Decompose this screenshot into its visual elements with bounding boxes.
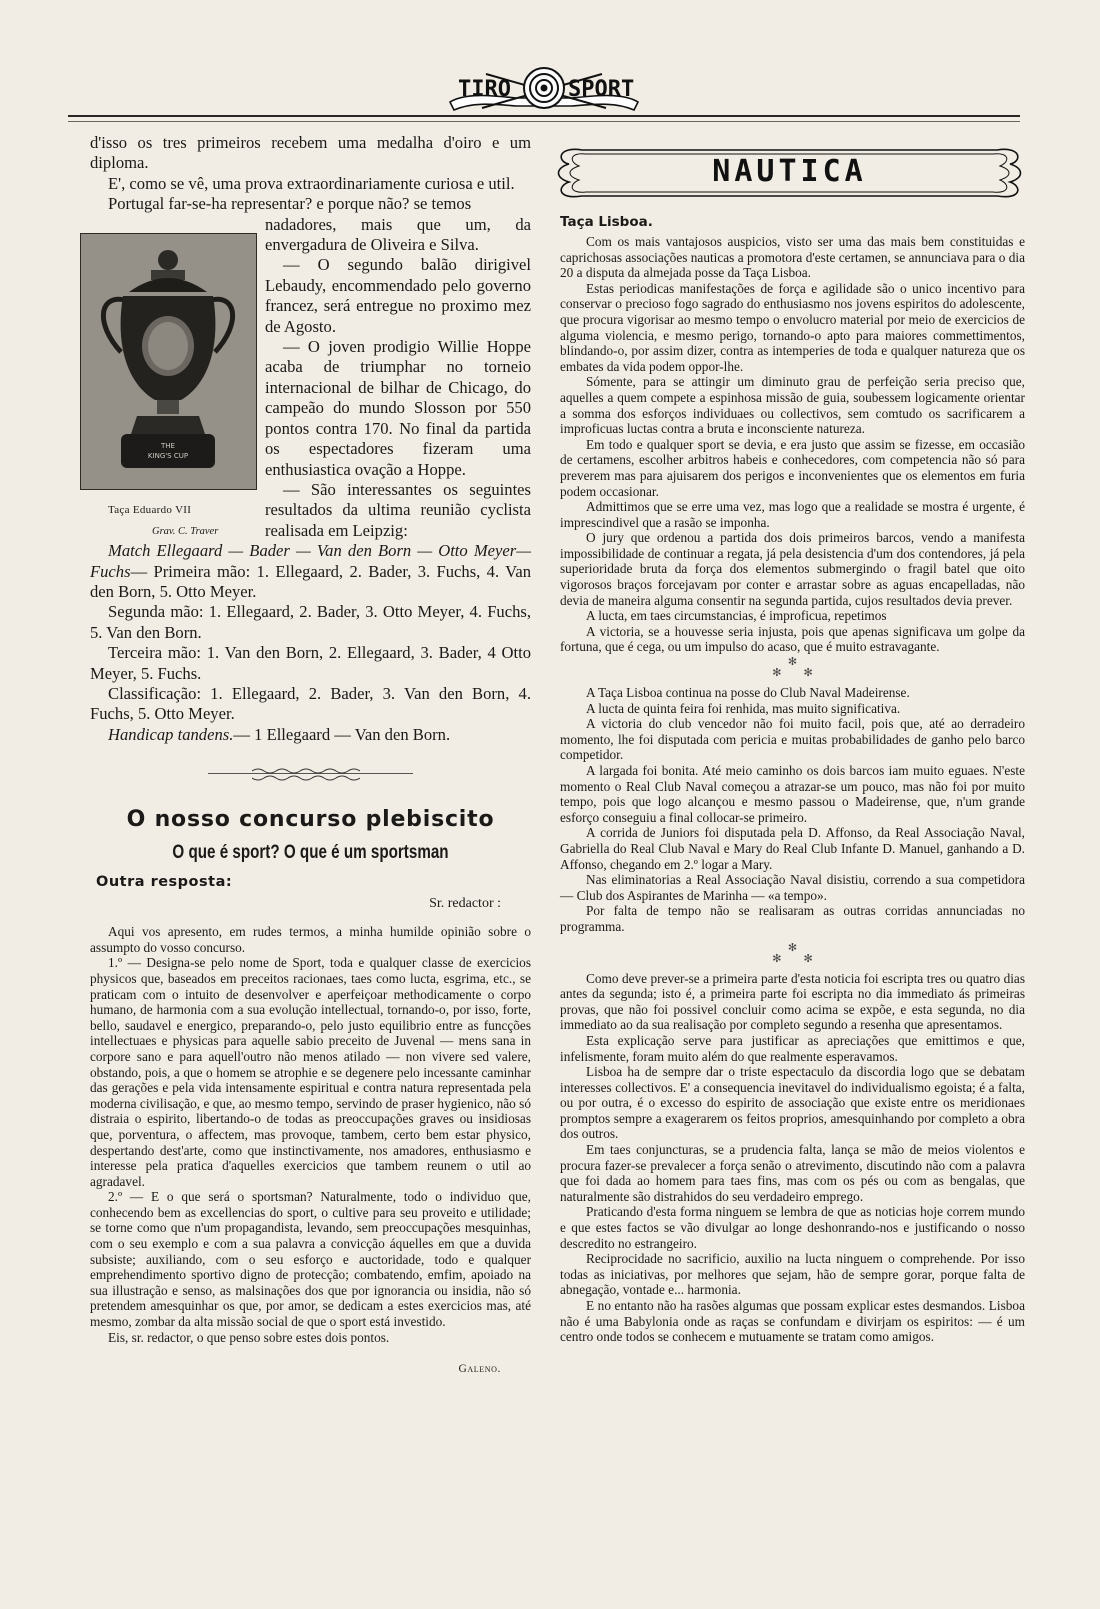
banner-title: NAUTICA [552, 154, 1027, 189]
magazine-page: TIRO SPORT d'isso os tres primeiros rece… [0, 0, 1100, 1609]
asterism-separator: ✻✻✻ [560, 943, 1025, 965]
header-rule [68, 115, 1020, 122]
nautica-banner: NAUTICA [552, 140, 1027, 206]
paragraph: Em taes conjuncturas, se a prudencia fal… [560, 1142, 1025, 1204]
paragraph: A lucta de quinta feira foi renhida, mas… [560, 701, 1025, 717]
paragraph: A largada foi bonita. Até meio caminho o… [560, 763, 1025, 825]
svg-text:THE: THE [160, 442, 175, 450]
paragraph: O jury que ordenou a partida dos dois pr… [560, 530, 1025, 608]
paragraph: Por falta de tempo não se realisaram as … [560, 903, 1025, 934]
paragraph: Lisboa ha de sempre dar o triste especta… [560, 1064, 1025, 1142]
paragraph: E no entanto não ha rasões algumas que p… [560, 1298, 1025, 1345]
paragraph: A lucta, em taes circumstancias, é impro… [560, 608, 1025, 624]
match-results: Match Ellegaard — Bader — Van den Born —… [90, 541, 531, 602]
paragraph: A Taça Lisboa continua na posse do Club … [560, 685, 1025, 701]
paragraph: Segunda mão: 1. Ellegaard, 2. Bader, 3. … [90, 602, 531, 643]
paragraph: Nas eliminatorias a Real Associação Nava… [560, 872, 1025, 903]
paragraph: Como deve prever-se a primeira parte d'e… [560, 971, 1025, 1033]
paragraph: Com os mais vantajosos auspicios, visto … [560, 234, 1025, 281]
paragraph: Reciprocidade no sacrificio, auxilio na … [560, 1251, 1025, 1298]
target-rifles-icon: TIRO SPORT [446, 62, 642, 114]
wrapped-news: nadadores, mais que um, da envergadura d… [265, 215, 531, 542]
paragraph: Estas periodicas manifestações de força … [560, 281, 1025, 375]
paragraph: Classificação: 1. Ellegaard, 2. Bader, 3… [90, 684, 531, 725]
figure-caption: Taça Eduardo VII [108, 504, 255, 516]
paragraph: Portugal far-se-ha representar? e porque… [90, 194, 531, 214]
paragraph: — São interessantes os seguintes resulta… [265, 480, 531, 541]
paragraph: A victoria, se a houvesse seria injusta,… [560, 624, 1025, 655]
paragraph: 2.º — E o que será o sportsman? Naturalm… [90, 1189, 531, 1329]
paragraph: Admittimos que se erre uma vez, mas logo… [560, 499, 1025, 530]
paragraph: Aqui vos apresento, em rudes termos, a m… [90, 924, 531, 955]
paragraph: A corrida de Juniors foi disputada pela … [560, 825, 1025, 872]
svg-text:TIRO: TIRO [458, 77, 511, 102]
engraving-text: KING'S CUP [148, 452, 188, 460]
paragraph: Em todo e qualquer sport se devia, e era… [560, 437, 1025, 499]
article-subtitle: O que é sport? O que é um sportsman [134, 842, 487, 864]
paragraph: Eis, sr. redactor, o que penso sobre est… [90, 1330, 531, 1346]
figure-credit: Grav. C. Traver [152, 526, 255, 537]
paragraph: — O joven prodigio Willie Hoppe acaba de… [265, 337, 531, 480]
paragraph: E', como se vê, uma prova extraordinaria… [90, 174, 531, 194]
paragraph: nadadores, mais que um, da envergadura d… [265, 215, 531, 256]
paragraph: Terceira mão: 1. Van den Born, 2. Ellega… [90, 643, 531, 684]
paragraph: Sómente, para se attingir um diminuto gr… [560, 374, 1025, 436]
trophy-figure: THE KING'S CUP Taça Eduardo VII Grav. C.… [80, 215, 255, 537]
trophy-photo: THE KING'S CUP [80, 233, 257, 490]
asterism-separator: ✻✻✻ [560, 657, 1025, 679]
masthead-logo: TIRO SPORT [446, 62, 642, 114]
paragraph: d'isso os tres primeiros recebem uma med… [90, 133, 531, 174]
wave-ornament-icon [252, 767, 360, 781]
left-column: d'isso os tres primeiros recebem uma med… [90, 133, 531, 1375]
paragraph: A victoria do club vencedor não foi muit… [560, 716, 1025, 763]
ornamental-divider [90, 763, 531, 793]
handicap-results: Handicap tandens.— 1 Ellegaard — Van den… [90, 725, 531, 745]
trophy-cup-icon: THE KING'S CUP [81, 234, 256, 489]
paragraph: — O segundo balão dirigivel Lebaudy, enc… [265, 255, 531, 337]
salutation: Sr. redactor : [90, 896, 501, 912]
paragraph: 1.º — Designa-se pelo nome de Sport, tod… [90, 955, 531, 1189]
paragraph: Praticando d'esta forma ninguem se lembr… [560, 1204, 1025, 1251]
section-heading: Outra resposta: [96, 874, 531, 890]
article-title: O nosso concurso plebiscito [90, 807, 531, 832]
paragraph: Esta explicação serve para justificar as… [560, 1033, 1025, 1064]
section-title: Taça Lisboa. [560, 214, 1025, 230]
right-column: NAUTICA Taça Lisboa. Com os mais vantajo… [560, 140, 1025, 1345]
svg-text:SPORT: SPORT [568, 77, 634, 102]
signature: Galeno. [90, 1363, 501, 1375]
